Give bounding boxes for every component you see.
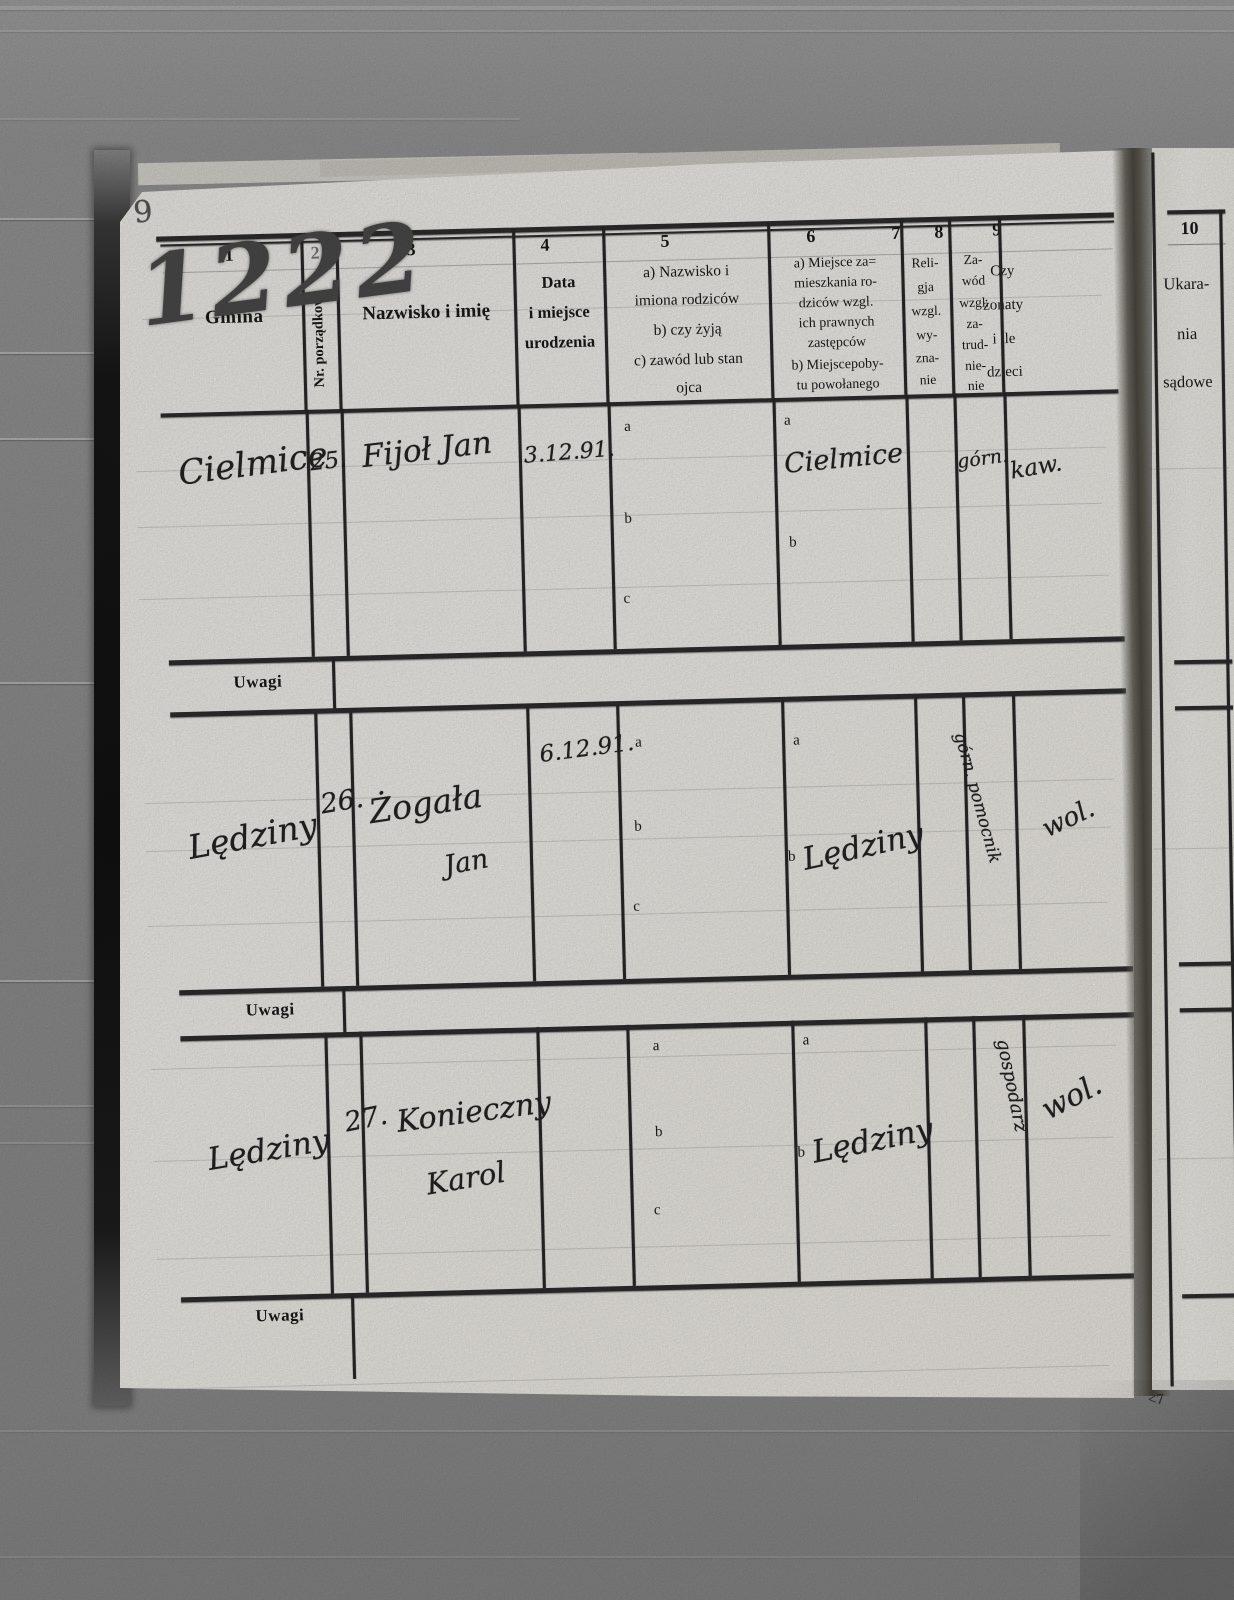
table-rule: [1174, 659, 1232, 664]
column-title-zawod-line: za-: [952, 315, 996, 332]
entry-name-line2: Karol: [424, 1155, 508, 1202]
column-title-miejsce-line: b) Miejscepoby-: [771, 356, 903, 375]
column-title-data-line: urodzenia: [517, 331, 603, 353]
column-title-data-line: Data: [515, 271, 601, 293]
table-rule: [170, 688, 1126, 717]
corner-page-number: 9: [132, 194, 154, 231]
column-number-10: 10: [1165, 218, 1213, 240]
scan-streak: [0, 118, 520, 120]
cell-marker-b: b: [788, 849, 796, 866]
register-page: 9 1 2 3 4 5 6 7 8 9 Gmina Nr. porządkow.…: [120, 150, 1134, 1398]
entry-occupation: górn. pomocnik: [969, 730, 994, 930]
table-rule: [1179, 961, 1234, 966]
column-title-miejsce-line: dziców wzgl.: [772, 294, 900, 313]
registry-number-annotation: 1222: [131, 199, 434, 349]
entry-nr: 25.: [309, 446, 348, 476]
table-rule: [180, 1012, 1134, 1041]
uwagi-label: Uwagi: [246, 999, 295, 1020]
column-title-ukarania-line: Ukara-: [1148, 273, 1224, 294]
cell-marker-b: b: [624, 511, 632, 528]
cell-marker-a: a: [803, 1032, 810, 1049]
cell-marker-a: a: [793, 732, 800, 749]
column-title-zonaty-line: i ile: [971, 330, 1037, 349]
entry-gmina: Lędziny: [185, 805, 320, 867]
entry-name: Fijoł Jan: [360, 425, 494, 475]
column-title-rodzice-line: b) czy żyją: [606, 319, 768, 341]
entry-nr: 27.: [342, 1100, 390, 1139]
entry-occupation: gospodarz: [1013, 1037, 1037, 1197]
cell-marker-c: c: [633, 899, 640, 916]
column-title-zonaty-line: Czy: [969, 262, 1035, 281]
cell-marker-b: b: [789, 534, 797, 551]
scan-streak: [0, 30, 1234, 32]
table-rule: [1167, 209, 1225, 214]
table-rule: [181, 1273, 1141, 1302]
scan-streak: [0, 1556, 1234, 1558]
entry-born: 3.12.91.: [523, 437, 616, 469]
scan-corner-shade: [1080, 1380, 1234, 1600]
column-title-miejsce-line: zastępców: [773, 334, 901, 353]
cell-marker-a: a: [784, 413, 791, 430]
column-number-8: 8: [934, 222, 944, 243]
cell-marker-b: b: [634, 819, 642, 836]
column-number-6: 6: [806, 226, 816, 247]
column-title-ukarania-line: sądowe: [1150, 371, 1226, 392]
column-title-religja-line: zna-: [905, 350, 949, 367]
table-rule: [1175, 705, 1233, 710]
entry-name-line2: Jan: [442, 843, 491, 882]
entry-residence: Cielmice: [783, 438, 905, 480]
entry-marital: kaw.: [1008, 450, 1063, 484]
entry-gmina: Lędziny: [205, 1122, 332, 1178]
cell-marker-c: c: [654, 1202, 661, 1219]
cell-marker-b: b: [655, 1124, 663, 1141]
entry-name-line1: Żogała: [366, 776, 484, 831]
column-title-rodzice-line: a) Nazwisko i: [605, 261, 767, 283]
entry-residence: Lędziny: [799, 816, 926, 878]
column-title-religja-line: wy-: [905, 327, 949, 344]
column-title-rodzice-line: imiona rodziców: [606, 289, 768, 311]
cell-marker-a: a: [635, 734, 642, 751]
cell-marker-b: b: [797, 1144, 805, 1161]
cell-marker-a: a: [624, 419, 631, 436]
column-title-ukarania-line: nia: [1149, 323, 1225, 344]
bottom-edge-mark: <7: [1147, 1391, 1164, 1409]
entry-born: 6.12.91.: [538, 730, 636, 768]
column-title-religja-line: gja: [903, 279, 947, 296]
entry-marital: wol.: [1036, 1067, 1108, 1127]
entry-marital: wol.: [1037, 793, 1099, 844]
entry-occupation: górn.: [956, 445, 1009, 473]
uwagi-label: Uwagi: [255, 1305, 304, 1326]
scanned-register-page: 9 1 2 3 4 5 6 7 8 9 Gmina Nr. porządkow.…: [0, 0, 1234, 1600]
entry-residence: Lędziny: [809, 1111, 936, 1171]
column-title-rodzice-line: ojca: [608, 377, 770, 399]
column-title-miejsce-line: mieszkania ro-: [771, 274, 899, 293]
entry-name-line1: Konieczny: [395, 1085, 553, 1140]
cell-marker-c: c: [623, 591, 630, 608]
entry-nr: 26.: [318, 783, 365, 821]
table-rule: [1182, 1293, 1234, 1298]
table-layer: 9 1 2 3 4 5 6 7 8 9 Gmina Nr. porządkow.…: [118, 126, 1163, 1399]
column-title-rodzice-line: c) zawód lub stan: [605, 349, 771, 371]
column-title-religja-line: nie: [906, 372, 950, 389]
column-number-4: 4: [540, 235, 550, 256]
column-title-miejsce-line: tu powołanego: [774, 376, 902, 395]
scan-streak: [0, 1430, 1234, 1432]
scan-streak: [0, 6, 1234, 10]
column-title-zonaty-line: żonaty: [970, 296, 1036, 315]
column-title-data-line: i miejsce: [516, 301, 602, 323]
cell-marker-a: a: [653, 1038, 660, 1055]
table-rule: [1168, 243, 1226, 245]
uwagi-label: Uwagi: [233, 672, 282, 693]
column-title-religja-line: Reli-: [903, 255, 947, 272]
column-number-5: 5: [660, 231, 670, 252]
column-title-miejsce-line: a) Miejsce za=: [771, 254, 899, 273]
column-title-miejsce-line: ich prawnych: [772, 314, 900, 333]
column-title-religja-line: wzgl.: [904, 303, 948, 320]
table-rule: [1180, 1007, 1234, 1012]
adjacent-page: 10 Ukara- nia sądowe: [1152, 148, 1234, 1390]
column-title-zonaty-line: dzieci: [972, 363, 1038, 382]
